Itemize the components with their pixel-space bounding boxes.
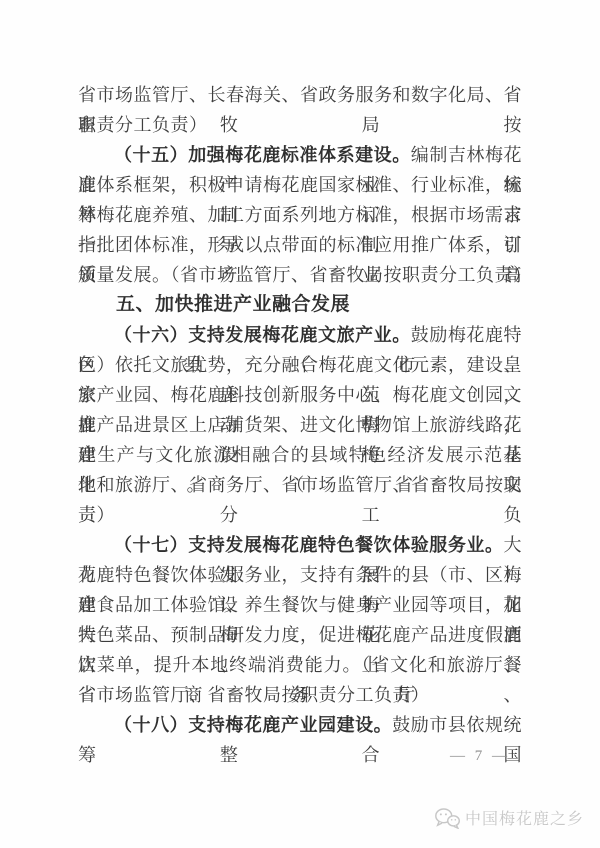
text-line: （十七）支持发展梅花鹿特色餐饮体验服务业。大力发展梅	[78, 530, 522, 560]
paragraph-lead-text: （十七）支持发展梅花鹿特色餐饮体验服务业。	[114, 535, 504, 555]
text-line: 饮菜单，提升本地终端消费能力。（省文化和旅游厅、省商务厅、	[78, 650, 522, 680]
text-line: 质量发展。（省市场监管厅、省畜牧局按职责分工负责）	[78, 260, 522, 290]
watermark: 中国梅花鹿之乡	[434, 806, 584, 829]
body-text: 省市场监管厅、省畜牧局按职责分工负责）	[78, 685, 430, 705]
body-text: 质量发展。（省市场监管厅、省畜牧局按职责分工负责）	[78, 265, 532, 285]
watermark-label: 中国梅花鹿之乡	[465, 806, 584, 829]
text-line: 省市场监管厅、长春海关、省政务服务和数字化局、省畜牧局按	[78, 80, 522, 110]
text-line: 鹿产品进景区上店铺货架、进文化博物馆上旅游线路，建设梅花	[78, 410, 522, 440]
page-number: — 7 —	[78, 748, 510, 765]
document-body: 省市场监管厅、长春海关、省政务服务和数字化局、省畜牧局按职责分工负责）（十五）加…	[78, 80, 522, 740]
text-line: 特色菜品、预制品研发力度，促进梅花鹿产品进度假酒店、上餐	[78, 620, 522, 650]
paragraph-lead-text: （十六）支持发展梅花鹿文旅产业。	[114, 325, 411, 345]
text-line: 鹿生产与文化旅游相融合的县域特色经济发展示范基地。（省文	[78, 440, 522, 470]
text-line: 区）依托文旅优势，充分融合梅花鹿文化元素，建设皇家鹿苑文	[78, 350, 522, 380]
text-line: 花鹿特色餐饮体验服务业，支持有条件的县（市、区）建设梅花	[78, 560, 522, 590]
section-heading: 五、加快推进产业融合发展	[78, 290, 522, 320]
document-page: 省市场监管厅、长春海关、省政务服务和数字化局、省畜牧局按职责分工负责）（十五）加…	[0, 0, 600, 848]
text-line: 鹿食品加工体验馆、养生餐饮与健身产业园等项目，加大梅花鹿	[78, 590, 522, 620]
text-line: （十五）加强梅花鹿标准体系建设。编制吉林梅花鹿产业标	[78, 140, 522, 170]
text-line: 旅产业园、梅花鹿科技创新服务中心、梅花鹿文创园，推动梅花	[78, 380, 522, 410]
text-line: 一批团体标准，形成以点带面的标准应用推广体系，引领产业高	[78, 230, 522, 260]
paragraph-lead-text: （十八）支持梅花鹿产业园建设。	[114, 715, 392, 735]
paragraph-lead-text: （十五）加强梅花鹿标准体系建设。	[114, 145, 411, 165]
text-line: 准体系框架，积极申请梅花鹿国家标准、行业标准，统筹制订吉	[78, 170, 522, 200]
wechat-icon	[434, 807, 460, 829]
text-line: （十八）支持梅花鹿产业园建设。鼓励市县依规统筹整合国	[78, 710, 522, 740]
text-line: 化和旅游厅、省商务厅、省市场监管厅、省畜牧局按职责分工负	[78, 470, 522, 500]
text-line: （十六）支持发展梅花鹿文旅产业。鼓励梅花鹿特色县（市、	[78, 320, 522, 350]
body-text: 化和旅游厅、省商务厅、省市场监管厅、省畜牧局按职责分工负	[78, 475, 522, 525]
body-text: 职责分工负责）	[78, 115, 208, 135]
body-text: 责）	[78, 505, 115, 525]
text-line: 林梅花鹿养殖、加工方面系列地方标准，根据市场需求指导制订	[78, 200, 522, 230]
paragraph-lead-text: 五、加快推进产业融合发展	[116, 294, 350, 315]
